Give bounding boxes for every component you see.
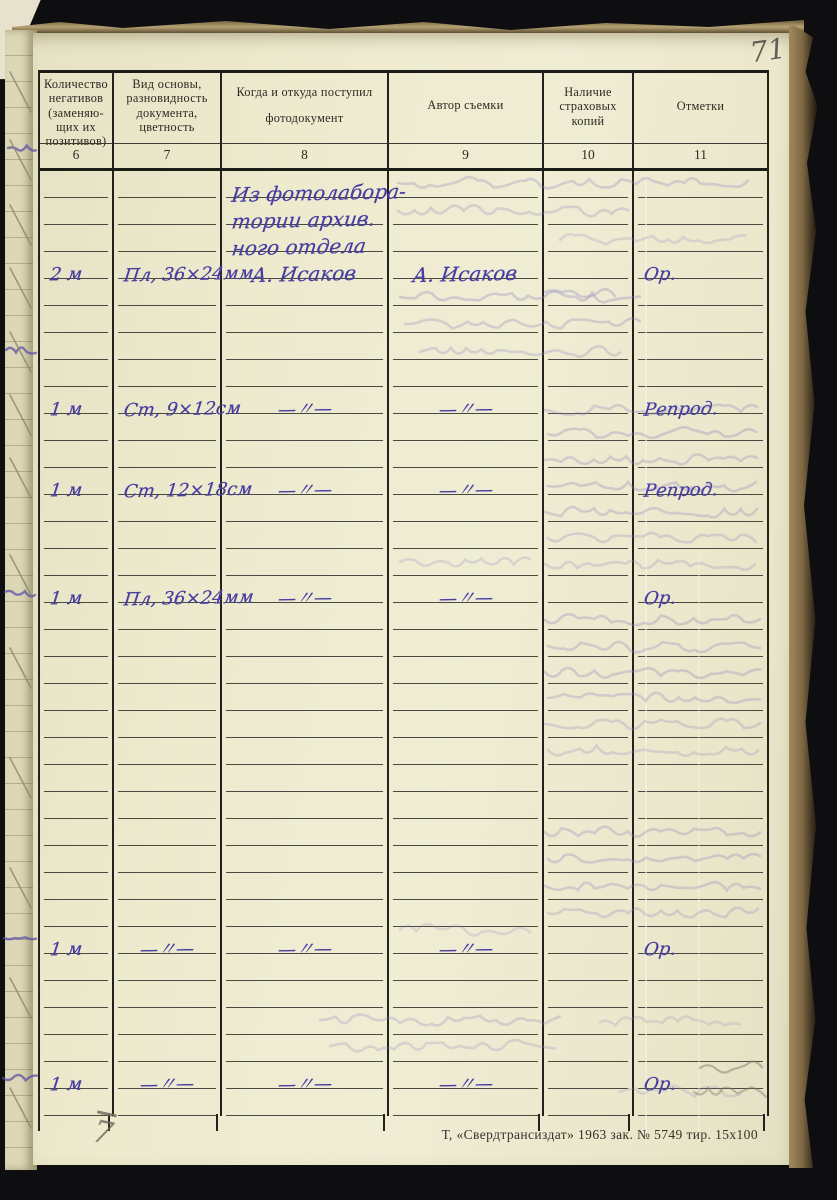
handwritten-entry: Репрод.: [643, 481, 719, 501]
table-cell: [542, 900, 632, 927]
table-row: [40, 981, 767, 1008]
table-cell: [40, 441, 112, 468]
table-row: [40, 657, 767, 684]
table-cell: [542, 1008, 632, 1035]
table-cell: [542, 657, 632, 684]
table-cell: [40, 819, 112, 846]
table-row: [40, 765, 767, 792]
table-cell: [387, 306, 542, 333]
table-cell: —〃—: [387, 387, 542, 414]
table-row: 1 м—〃——〃——〃—Ор.: [40, 927, 767, 954]
table-cell: [387, 900, 542, 927]
column-title: Наличие страховых копий: [542, 73, 632, 143]
table-cell: [40, 1008, 112, 1035]
table-cell: Ст, 9×12см: [112, 387, 220, 414]
table-cell: [387, 360, 542, 387]
table-cell: [220, 684, 387, 711]
handwritten-entry: Ор.: [643, 590, 677, 609]
table-body: Из фотолабора-тории архив.ного отдела2 м…: [40, 171, 767, 1116]
column-number: 9: [387, 143, 542, 168]
table-row: [40, 738, 767, 765]
table-cell: [542, 738, 632, 765]
table-row: [40, 441, 767, 468]
table-cell: [387, 981, 542, 1008]
table-row: [40, 684, 767, 711]
table-row: [40, 306, 767, 333]
table-cell: [220, 711, 387, 738]
table-cell: [542, 576, 632, 603]
table-cell: [542, 360, 632, 387]
table-cell: [542, 279, 632, 306]
table-cell: [220, 1008, 387, 1035]
table-cell: [220, 360, 387, 387]
table-cell: [542, 846, 632, 873]
handwritten-entry: 1 м: [49, 1076, 83, 1095]
handwritten-entry: 2 м: [49, 266, 83, 285]
table-cell: [220, 441, 387, 468]
handwritten-entry: А. Исаков: [412, 263, 519, 285]
table-row: 1 мПл, 36×24мм—〃——〃—Ор.: [40, 576, 767, 603]
handwritten-entry: Пл, 36×24мм: [123, 265, 255, 286]
handwritten-entry: Пл, 36×24мм: [123, 589, 255, 610]
table-cell: 1 м: [40, 387, 112, 414]
table-cell: —〃—: [387, 1062, 542, 1089]
table-cell: [387, 171, 542, 198]
table-cell: [112, 333, 220, 360]
table-cell: [387, 657, 542, 684]
paper-crease: [698, 553, 700, 1143]
table-cell: Ор.: [632, 252, 767, 279]
table-cell: [542, 873, 632, 900]
handwritten-entry: Ст, 12×18см: [123, 481, 254, 502]
table-cell: [112, 630, 220, 657]
table-cell: [112, 198, 220, 225]
table-cell: [112, 1008, 220, 1035]
handwritten-entry: —〃—: [276, 940, 332, 959]
table-cell: [112, 711, 220, 738]
column-number: 7: [112, 143, 220, 168]
table-row: 1 м—〃——〃——〃—Ор.: [40, 1062, 767, 1089]
table-cell: [112, 792, 220, 819]
scanned-register-page: 71 Количество негативов (заменяю- щих их…: [0, 0, 837, 1200]
table-cell: —〃—: [112, 927, 220, 954]
handwritten-entry: —〃—: [139, 940, 195, 959]
table-cell: [112, 765, 220, 792]
table-cell: 1 м: [40, 1062, 112, 1089]
table-cell: Из фотолабора-: [220, 171, 387, 198]
table-cell: [542, 549, 632, 576]
table-cell: [220, 819, 387, 846]
table-cell: [220, 657, 387, 684]
table-cell: [542, 522, 632, 549]
printer-imprint: Т, «Свердтрансиздат» 1963 зак. № 5749 ти…: [442, 1127, 758, 1143]
table-cell: [112, 171, 220, 198]
column-title: Вид основы, разновидность документа, цве…: [112, 73, 220, 143]
handwritten-entry: —〃—: [437, 481, 493, 500]
table-cell: [632, 333, 767, 360]
table-cell: [40, 549, 112, 576]
handwritten-entry: —〃—: [437, 589, 493, 608]
table-cell: [542, 1062, 632, 1089]
table-cell: [112, 738, 220, 765]
table-cell: [632, 522, 767, 549]
table-cell: —〃—: [387, 576, 542, 603]
column-number: 11: [632, 143, 767, 168]
pencil-mark: 7: [89, 1113, 116, 1152]
column-number: 6: [40, 143, 112, 168]
table-row: [40, 630, 767, 657]
handwritten-entry: —〃—: [437, 940, 493, 959]
table-cell: Ст, 12×18см: [112, 468, 220, 495]
table-row: 1 мСт, 12×18см—〃——〃—Репрод.: [40, 468, 767, 495]
table-cell: [542, 684, 632, 711]
table-cell: [387, 441, 542, 468]
table-cell: [542, 333, 632, 360]
table-cell: —〃—: [220, 387, 387, 414]
table-row: [40, 873, 767, 900]
table-cell: [40, 873, 112, 900]
table-cell: Пл, 36×24мм: [112, 252, 220, 279]
table-cell: А. Исаков: [387, 252, 542, 279]
table-cell: Репрод.: [632, 468, 767, 495]
table-cell: [40, 765, 112, 792]
table-cell: [542, 819, 632, 846]
column-title: Количество негативов (заменяю- щих их по…: [40, 73, 112, 143]
table-cell: Пл, 36×24мм: [112, 576, 220, 603]
handwritten-entry: 1 м: [49, 590, 83, 609]
table-cell: [542, 603, 632, 630]
table-cell: [387, 738, 542, 765]
table-row: [40, 1035, 767, 1062]
table-cell: [112, 981, 220, 1008]
table-cell: [112, 873, 220, 900]
folio-number: 71: [748, 32, 788, 70]
table-row: [40, 549, 767, 576]
table-cell: [220, 900, 387, 927]
table-row: 2 мПл, 36×24ммА. ИсаковА. ИсаковОр.: [40, 252, 767, 279]
table-cell: [112, 549, 220, 576]
table-cell: [112, 819, 220, 846]
table-cell: [632, 306, 767, 333]
table-cell: [220, 765, 387, 792]
table-cell: 1 м: [40, 468, 112, 495]
table-cell: [40, 333, 112, 360]
torn-right-edge: [789, 26, 819, 1168]
handwritten-entry: 1 м: [49, 401, 83, 420]
table-cell: [112, 684, 220, 711]
handwritten-entry: Ор.: [643, 1076, 677, 1095]
column-number: 10: [542, 143, 632, 168]
table-cell: [40, 657, 112, 684]
handwritten-entry: —〃—: [437, 400, 493, 419]
handwritten-entry: Репрод.: [643, 400, 719, 420]
table-cell: [387, 711, 542, 738]
table-cell: [112, 846, 220, 873]
table-cell: [220, 306, 387, 333]
table-cell: 1 м: [40, 927, 112, 954]
table-cell: [112, 522, 220, 549]
handwritten-entry: —〃—: [276, 400, 332, 419]
table-cell: [542, 441, 632, 468]
table-cell: [112, 360, 220, 387]
table-cell: [112, 900, 220, 927]
table-cell: [40, 846, 112, 873]
table-row: [40, 846, 767, 873]
table-cell: [387, 765, 542, 792]
table-row: [40, 522, 767, 549]
table-cell: [40, 900, 112, 927]
table-cell: [220, 1035, 387, 1062]
table-cell: [220, 846, 387, 873]
table-cell: —〃—: [387, 468, 542, 495]
table-cell: [387, 792, 542, 819]
table-cell: [40, 225, 112, 252]
table-cell: [40, 630, 112, 657]
handwritten-entry: 1 м: [49, 482, 83, 501]
table-cell: [40, 981, 112, 1008]
table-cell: [542, 765, 632, 792]
table-cell: [632, 198, 767, 225]
table-cell: [40, 306, 112, 333]
table-cell: [542, 414, 632, 441]
table-cell: —〃—: [112, 1062, 220, 1089]
table-cell: [387, 819, 542, 846]
table-row: [40, 819, 767, 846]
table-cell: [40, 684, 112, 711]
page-stack-bottom-edge: [12, 1164, 807, 1184]
table-cell: [542, 630, 632, 657]
handwritten-entry: —〃—: [276, 589, 332, 608]
table-cell: [40, 522, 112, 549]
table-cell: —〃—: [220, 927, 387, 954]
table-cell: [112, 306, 220, 333]
table-cell: [542, 468, 632, 495]
table-cell: [542, 171, 632, 198]
handwritten-entry: ного отдела: [231, 236, 368, 259]
table-cell: [542, 387, 632, 414]
table-cell: —〃—: [220, 1062, 387, 1089]
table-row: [40, 360, 767, 387]
table-cell: [542, 927, 632, 954]
table-cell: [40, 792, 112, 819]
table-cell: [220, 549, 387, 576]
handwritten-entry: —〃—: [437, 1075, 493, 1094]
table-cell: [542, 495, 632, 522]
handwritten-entry: Из фотолабора-: [231, 181, 408, 205]
table-cell: [542, 198, 632, 225]
table-cell: [40, 738, 112, 765]
table-cell: [112, 225, 220, 252]
table-cell: [387, 873, 542, 900]
table-cell: [387, 630, 542, 657]
table-cell: [387, 1008, 542, 1035]
table-cell: [542, 306, 632, 333]
table-cell: [542, 711, 632, 738]
table-cell: [632, 225, 767, 252]
handwritten-entry: Ор.: [643, 941, 677, 960]
table-cell: [112, 441, 220, 468]
table-cell: [40, 171, 112, 198]
table-header-titles: Количество негативов (заменяю- щих их по…: [40, 73, 767, 143]
handwritten-entry: А. Исаков: [251, 263, 358, 285]
table-cell: [387, 846, 542, 873]
handwritten-entry: Ор.: [643, 266, 677, 285]
table-cell: [632, 360, 767, 387]
table-cell: [542, 954, 632, 981]
table-cell: —〃—: [387, 927, 542, 954]
table-cell: [387, 1035, 542, 1062]
register-page: 71 Количество негативов (заменяю- щих их…: [33, 33, 800, 1165]
table-row: [40, 333, 767, 360]
handwritten-entry: Ст, 9×12см: [123, 400, 242, 420]
table-row: 1 мСт, 9×12см—〃——〃—Репрод.: [40, 387, 767, 414]
handwritten-entry: 1 м: [49, 941, 83, 960]
table-cell: [40, 711, 112, 738]
table-row: [40, 792, 767, 819]
table-cell: [220, 333, 387, 360]
handwritten-entry: —〃—: [276, 1075, 332, 1094]
table-cell: 2 м: [40, 252, 112, 279]
table-cell: [220, 792, 387, 819]
table-cell: [40, 360, 112, 387]
table-cell: [387, 684, 542, 711]
column-title: Когда и откуда поступил фотодокумент: [220, 73, 387, 143]
table-row: Из фотолабора-: [40, 171, 767, 198]
table-cell: 1 м: [40, 576, 112, 603]
table-cell: [112, 1035, 220, 1062]
table-cell: [220, 873, 387, 900]
table-cell: [542, 1089, 632, 1116]
table-cell: [387, 522, 542, 549]
table-cell: [220, 522, 387, 549]
table-cell: [542, 252, 632, 279]
handwritten-entry: —〃—: [276, 481, 332, 500]
table-row: [40, 711, 767, 738]
table-cell: [387, 549, 542, 576]
table-row: [40, 1008, 767, 1035]
handwritten-entry: —〃—: [139, 1075, 195, 1094]
paper-crease: [645, 173, 647, 1143]
table-cell: [40, 1035, 112, 1062]
table-cell: [542, 792, 632, 819]
handwritten-entry: тории архив.: [231, 209, 377, 232]
table-cell: [220, 981, 387, 1008]
register-table: Количество негативов (заменяю- щих их по…: [38, 70, 769, 1116]
table-cell: [387, 198, 542, 225]
column-title: Автор съемки: [387, 73, 542, 143]
table-cell: [387, 333, 542, 360]
table-cell: [542, 1035, 632, 1062]
table-cell: Репрод.: [632, 387, 767, 414]
table-cell: [542, 225, 632, 252]
table-cell: [632, 441, 767, 468]
table-cell: [220, 630, 387, 657]
column-title: Отметки: [632, 73, 767, 143]
table-cell: [632, 171, 767, 198]
table-cell: [40, 198, 112, 225]
table-cell: [220, 738, 387, 765]
table-cell: [387, 225, 542, 252]
column-number: 8: [220, 143, 387, 168]
table-cell: [542, 981, 632, 1008]
table-header-numbers: 67891011: [40, 143, 767, 171]
table-cell: [112, 657, 220, 684]
table-row: ного отдела: [40, 225, 767, 252]
table-row: [40, 900, 767, 927]
